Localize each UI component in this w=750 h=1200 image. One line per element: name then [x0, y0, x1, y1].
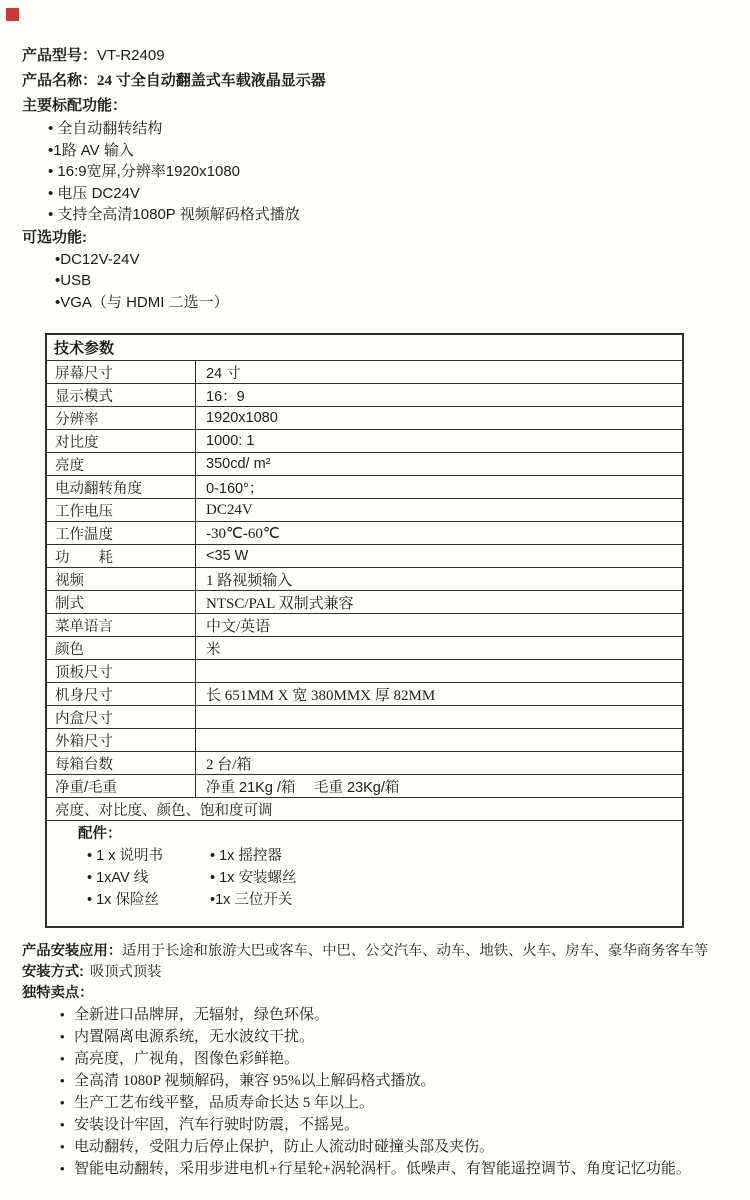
spec-label: 顶板尺寸 — [46, 660, 196, 683]
application-line: 产品安装应用：适用于长途和旅游大巴或客车、中巴、公交汽车、动车、地铁、火车、房车… — [22, 941, 730, 962]
selling-points-heading: 独特卖点： — [22, 983, 730, 1004]
spec-table-row: 外箱尺寸 — [46, 729, 683, 752]
spec-label: 工作温度 — [46, 522, 196, 545]
selling-point: •智能电动翻转，采用步进电机+行星轮+涡轮涡杆。低噪声、有智能遥控调节、角度记忆… — [22, 1158, 730, 1180]
spec-table-title-row: 技术参数 — [46, 334, 683, 361]
spec-value — [196, 729, 684, 752]
spec-label: 功 耗 — [46, 545, 196, 568]
selling-point: •内置隔离电源系统，无水波纹干扰。 — [22, 1026, 730, 1048]
accessory-item: • 1xAV 线 — [87, 867, 210, 889]
selling-point: •全高清 1080P 视频解码，兼容 95%以上解码格式播放。 — [22, 1070, 730, 1092]
accessory-line: • 1x 保险丝•1x 三位开关 — [47, 889, 682, 911]
spec-table-row: 分辨率1920x1080 — [46, 407, 683, 430]
spec-table-row: 机身尺寸长 651MM X 宽 380MMX 厚 82MM — [46, 683, 683, 706]
spec-table-row: 功 耗<35 W — [46, 545, 683, 568]
spec-table-row: 颜色米 — [46, 637, 683, 660]
spec-table-title: 技术参数 — [46, 334, 683, 361]
features-heading: 主要标配功能： — [22, 93, 730, 118]
feature-item: • 16:9宽屏,分辨率1920x1080 — [22, 161, 730, 183]
selling-point-text: 全高清 1080P 视频解码，兼容 95%以上解码格式播放。 — [74, 1070, 436, 1092]
selling-points-list: •全新进口品牌屏，无辐射，绿色环保。•内置隔离电源系统，无水波纹干扰。•高亮度，… — [22, 1004, 730, 1180]
spec-table-row: 电动翻转角度0-160°； — [46, 476, 683, 499]
spec-table-row: 顶板尺寸 — [46, 660, 683, 683]
features-label: 主要标配功能： — [22, 97, 127, 114]
spec-table-row: 视频1 路视频输入 — [46, 568, 683, 591]
spec-value: 1 路视频输入 — [196, 568, 684, 591]
spec-label: 外箱尺寸 — [46, 729, 196, 752]
accessory-line: • 1xAV 线• 1x 安装螺丝 — [47, 867, 682, 889]
accessories-list: • 1 x 说明书• 1x 摇控器• 1xAV 线• 1x 安装螺丝• 1x 保… — [47, 845, 682, 911]
spec-label: 每箱台数 — [46, 752, 196, 775]
spec-value — [196, 706, 684, 729]
bullet-icon: • — [60, 1158, 74, 1180]
mounting-value: 吸顶式顶装 — [90, 964, 161, 980]
spec-table-row: 菜单语言中文/英语 — [46, 614, 683, 637]
spec-value: -30℃-60℃ — [196, 522, 684, 545]
accessory-item: • 1 x 说明书 — [87, 845, 210, 867]
spec-label: 制式 — [46, 591, 196, 614]
selling-point: •全新进口品牌屏，无辐射，绿色环保。 — [22, 1004, 730, 1026]
spec-label: 机身尺寸 — [46, 683, 196, 706]
feature-item: • 全自动翻转结构 — [22, 118, 730, 140]
accessories-row: 配件： • 1 x 说明书• 1x 摇控器• 1xAV 线• 1x 安装螺丝• … — [46, 821, 683, 928]
accessory-item: • 1x 摇控器 — [210, 845, 282, 867]
spec-label: 菜单语言 — [46, 614, 196, 637]
application-label: 产品安装应用： — [22, 943, 122, 959]
spec-label: 净重/毛重 — [46, 775, 196, 798]
name-value: 24 寸全自动翻盖式车载液晶显示器 — [97, 73, 326, 89]
footer-section: 产品安装应用：适用于长途和旅游大巴或客车、中巴、公交汽车、动车、地铁、火车、房车… — [22, 941, 730, 1180]
bullet-icon: • — [60, 1114, 74, 1136]
spec-label: 分辨率 — [46, 407, 196, 430]
spec-label: 对比度 — [46, 430, 196, 453]
spec-value — [196, 660, 684, 683]
accessory-line: • 1 x 说明书• 1x 摇控器 — [47, 845, 682, 867]
adjustable-note-row: 亮度、对比度、颜色、饱和度可调 — [46, 798, 683, 821]
spec-value: 24 寸 — [196, 361, 684, 384]
spec-value: 米 — [196, 637, 684, 660]
spec-table-row: 工作温度-30℃-60℃ — [46, 522, 683, 545]
spec-table-row: 内盒尺寸 — [46, 706, 683, 729]
red-square-marker — [6, 8, 19, 21]
accessory-item: • 1x 安装螺丝 — [210, 867, 296, 889]
spec-label: 显示模式 — [46, 384, 196, 407]
selling-point-text: 电动翻转，受阻力后停止保护，防止人流动时碰撞头部及夹伤。 — [74, 1136, 494, 1158]
model-label: 产品型号： — [22, 47, 97, 64]
selling-point-text: 安装设计牢固，汽车行驶时防震，不摇晃。 — [74, 1114, 359, 1136]
spec-table-row: 亮度350cd/ m² — [46, 453, 683, 476]
accessory-item: •1x 三位开关 — [210, 889, 292, 911]
spec-value: NTSC/PAL 双制式兼容 — [196, 591, 684, 614]
optional-heading: 可选功能: — [22, 226, 730, 249]
application-value: 适用于长途和旅游大巴或客车、中巴、公交汽车、动车、地铁、火车、房车、豪华商务客车… — [122, 943, 708, 959]
bullet-icon: • — [60, 1092, 74, 1114]
spec-table-row: 屏幕尺寸24 寸 — [46, 361, 683, 384]
spec-value: 0-160°； — [196, 476, 684, 499]
spec-table-row: 对比度1000: 1 — [46, 430, 683, 453]
spec-value: 净重 21Kg /箱 毛重 23Kg/箱 — [196, 775, 684, 798]
accessory-item: • 1x 保险丝 — [87, 889, 210, 911]
selling-point: •电动翻转，受阻力后停止保护，防止人流动时碰撞头部及夹伤。 — [22, 1136, 730, 1158]
spec-table-row: 每箱台数2 台/箱 — [46, 752, 683, 775]
spec-label: 内盒尺寸 — [46, 706, 196, 729]
spec-value: <35 W — [196, 545, 684, 568]
bullet-icon: • — [60, 1004, 74, 1026]
spec-table-row: 净重/毛重净重 21Kg /箱 毛重 23Kg/箱 — [46, 775, 683, 798]
bullet-icon: • — [60, 1070, 74, 1092]
spec-label: 电动翻转角度 — [46, 476, 196, 499]
selling-points-label: 独特卖点： — [22, 985, 93, 1001]
bullet-icon: • — [60, 1026, 74, 1048]
spec-table-row: 显示模式16：9 — [46, 384, 683, 407]
spec-value: DC24V — [196, 499, 684, 522]
selling-point-text: 全新进口品牌屏，无辐射，绿色环保。 — [74, 1004, 329, 1026]
spec-value: 1000: 1 — [196, 430, 684, 453]
spec-label: 工作电压 — [46, 499, 196, 522]
spec-value: 350cd/ m² — [196, 453, 684, 476]
spec-table: 技术参数 屏幕尺寸24 寸显示模式16：9分辨率1920x1080对比度1000… — [45, 333, 684, 928]
spec-label: 颜色 — [46, 637, 196, 660]
spec-label: 屏幕尺寸 — [46, 361, 196, 384]
optional-label: 可选功能: — [22, 229, 87, 246]
document-page: 产品型号：VT-R2409 产品名称：24 寸全自动翻盖式车载液晶显示器 主要标… — [0, 0, 750, 1180]
feature-item: •1路 AV 输入 — [22, 140, 730, 162]
spec-label: 亮度 — [46, 453, 196, 476]
mounting-label: 安装方式: — [22, 964, 84, 980]
name-line: 产品名称：24 寸全自动翻盖式车载液晶显示器 — [22, 68, 730, 93]
selling-point-text: 高亮度，广视角，图像色彩鲜艳。 — [74, 1048, 299, 1070]
selling-point: •生产工艺布线平整，品质寿命长达 5 年以上。 — [22, 1092, 730, 1114]
model-value: VT-R2409 — [97, 47, 165, 64]
bullet-icon: • — [60, 1136, 74, 1158]
spec-table-row: 制式NTSC/PAL 双制式兼容 — [46, 591, 683, 614]
spec-value: 中文/英语 — [196, 614, 684, 637]
spec-value: 1920x1080 — [196, 407, 684, 430]
options-list: •DC12V-24V•USB•VGA（与 HDMI 二选一） — [22, 249, 730, 314]
spec-table-row: 工作电压DC24V — [46, 499, 683, 522]
selling-point: •高亮度，广视角，图像色彩鲜艳。 — [22, 1048, 730, 1070]
spec-value: 16：9 — [196, 384, 684, 407]
selling-point: •安装设计牢固，汽车行驶时防震，不摇晃。 — [22, 1114, 730, 1136]
features-list: • 全自动翻转结构•1路 AV 输入• 16:9宽屏,分辨率1920x1080•… — [22, 118, 730, 226]
bullet-icon: • — [60, 1048, 74, 1070]
adjustable-note: 亮度、对比度、颜色、饱和度可调 — [46, 798, 683, 821]
name-label: 产品名称： — [22, 72, 97, 89]
spec-value: 长 651MM X 宽 380MMX 厚 82MM — [196, 683, 684, 706]
selling-point-text: 智能电动翻转，采用步进电机+行星轮+涡轮涡杆。低噪声、有智能遥控调节、角度记忆功… — [74, 1158, 691, 1180]
feature-item: • 支持全高清1080P 视频解码格式播放 — [22, 204, 730, 226]
model-line: 产品型号：VT-R2409 — [22, 43, 730, 68]
selling-point-text: 生产工艺布线平整，品质寿命长达 5 年以上。 — [74, 1092, 374, 1114]
feature-item: • 电压 DC24V — [22, 183, 730, 205]
selling-point-text: 内置隔离电源系统，无水波纹干扰。 — [74, 1026, 314, 1048]
optional-item: •DC12V-24V — [22, 249, 730, 271]
optional-item: •VGA（与 HDMI 二选一） — [22, 292, 730, 314]
spec-value: 2 台/箱 — [196, 752, 684, 775]
accessories-label: 配件： — [78, 824, 682, 845]
spec-label: 视频 — [46, 568, 196, 591]
mounting-line: 安装方式:吸顶式顶装 — [22, 962, 730, 983]
optional-item: •USB — [22, 270, 730, 292]
